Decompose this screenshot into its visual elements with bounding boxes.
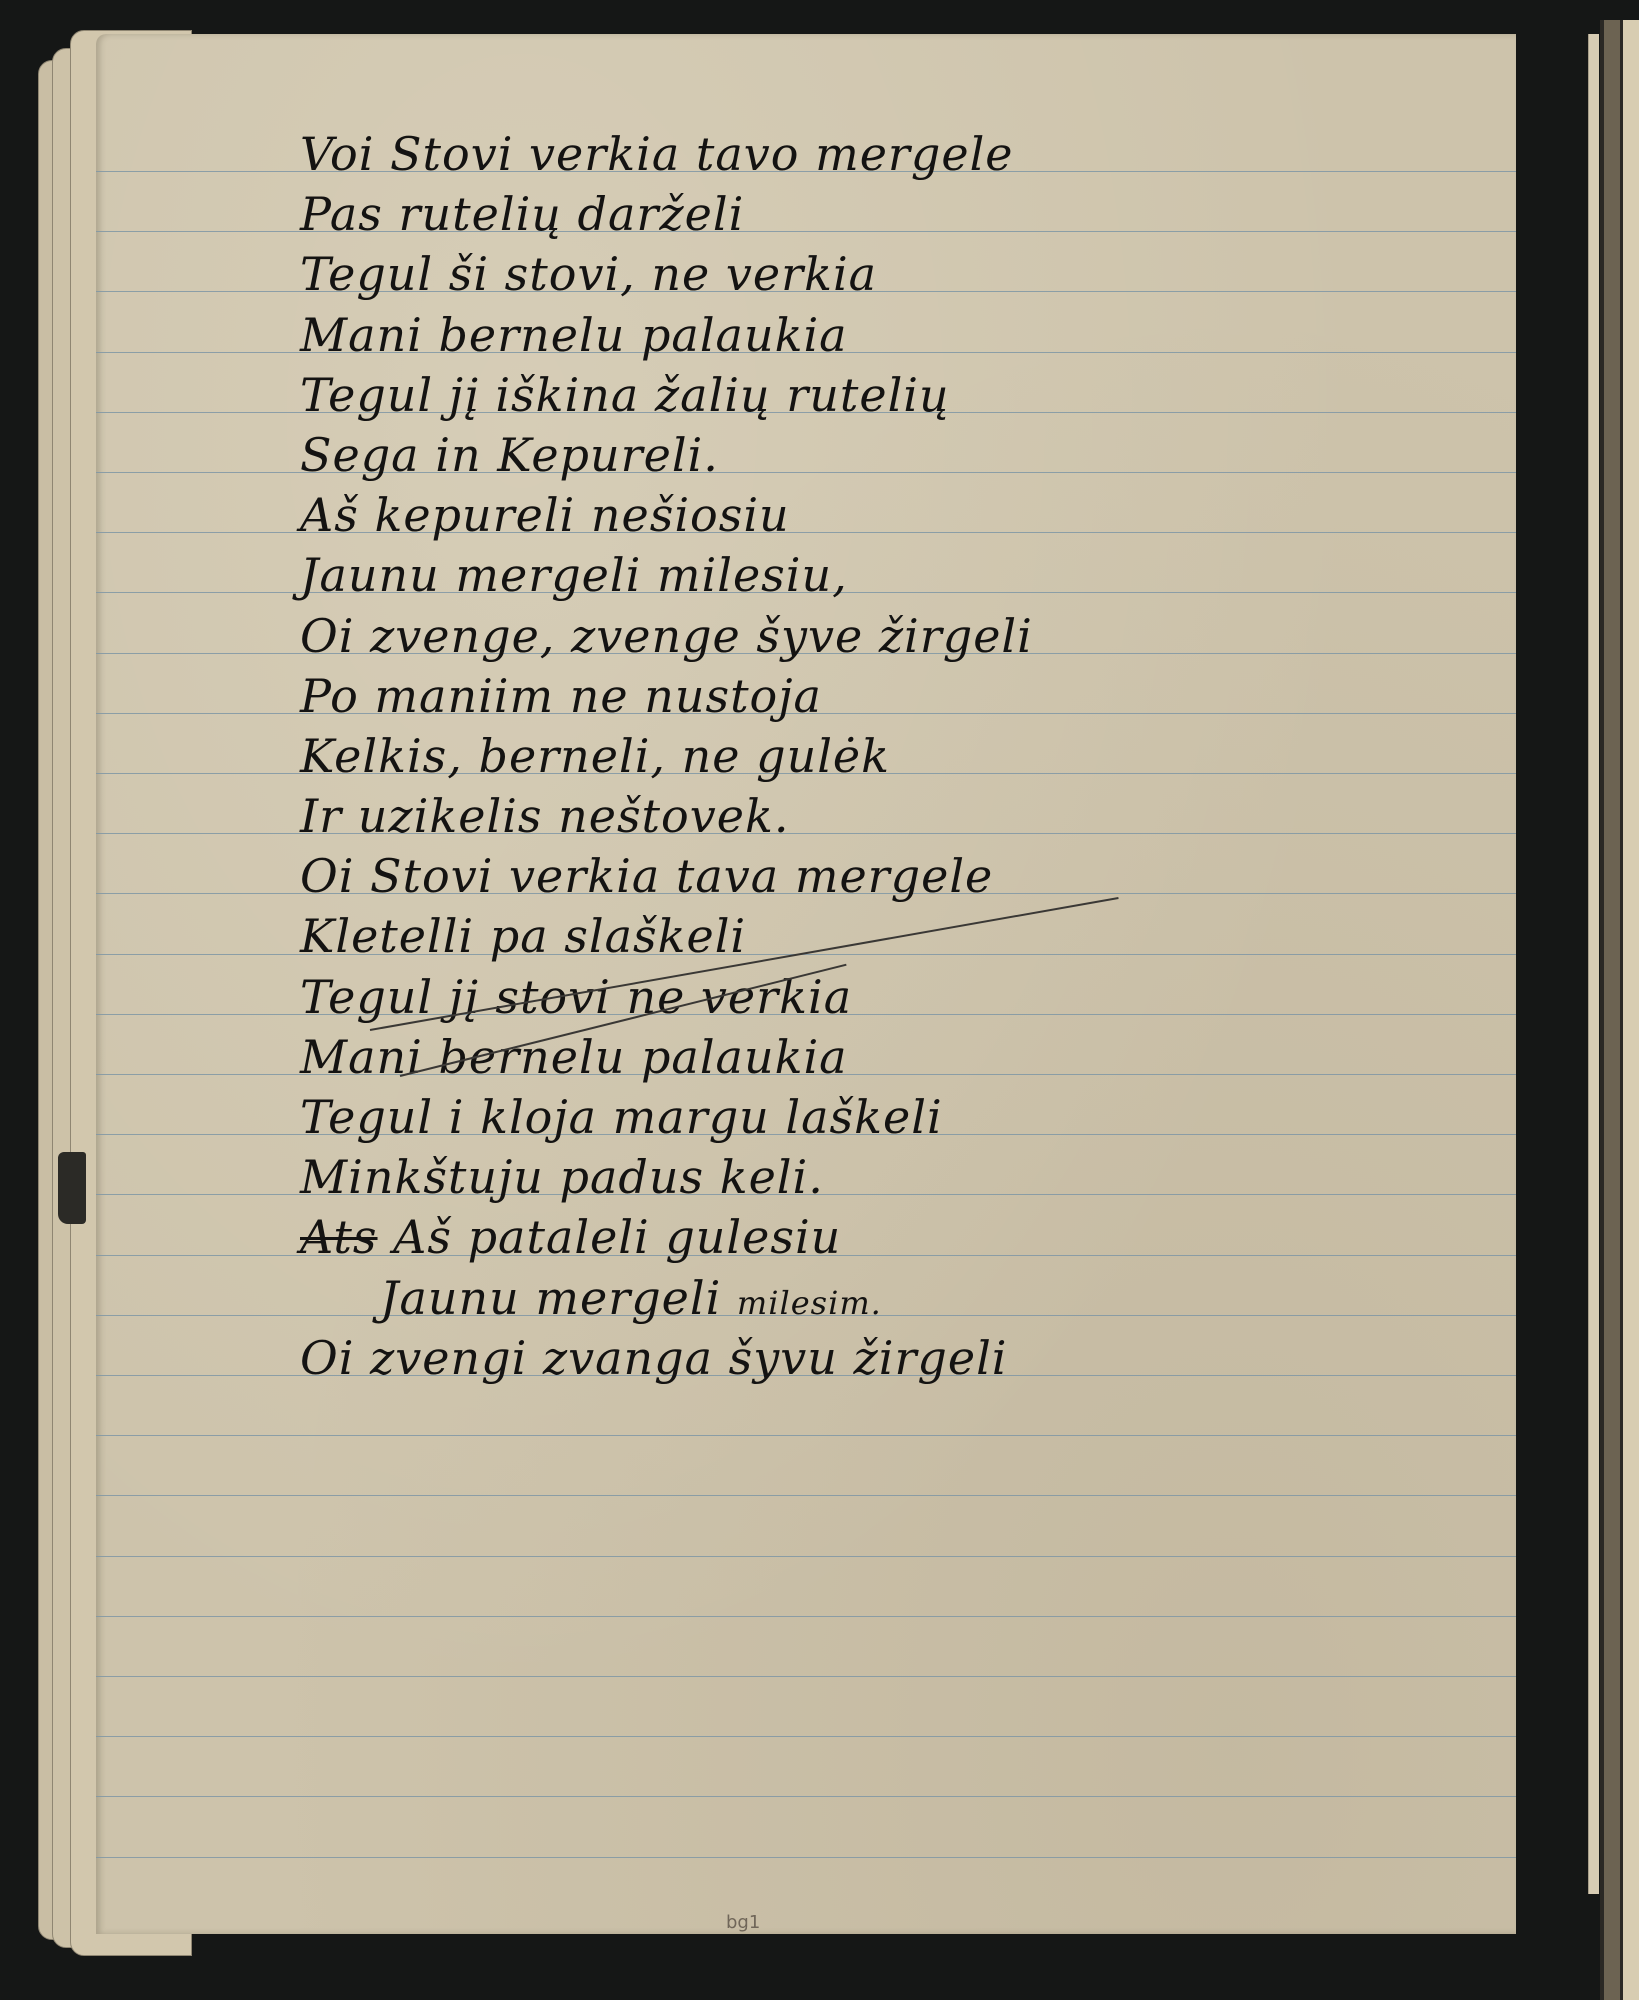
line-text: Voi Stovi verkia tavo mergele [300, 127, 1014, 181]
handwritten-poem: Voi Stovi verkia tavo mergele Pas ruteli… [300, 124, 1400, 1388]
poem-line: Oi zvengi zvanga šyvu žirgeli [300, 1328, 1400, 1388]
line-text: Jaunu mergeli milesiu, [300, 548, 848, 602]
line-text: Aš pataleli gulesiu [393, 1210, 841, 1264]
notebook-binding [1600, 20, 1639, 2000]
line-text: Kletelli pa slaškeli [300, 909, 746, 963]
binding-fold [1588, 34, 1599, 1894]
poem-line: Oi zvenge, zvenge šyve žirgeli [300, 606, 1400, 666]
ruled-line [96, 1676, 1516, 1677]
poem-line: Kletelli pa slaškeli [300, 906, 1400, 966]
poem-line-crossed-out: Tegul jį stovi ne verkia [300, 967, 1400, 1027]
ruled-line [96, 1556, 1516, 1557]
line-text: Po maniim ne nustoja [300, 669, 822, 723]
line-text: Minkštuju padus keli. [300, 1150, 824, 1204]
ruled-line [96, 1495, 1516, 1496]
line-text: Mani bernelu palaukia [300, 308, 848, 362]
line-suffix: milesim. [737, 1284, 882, 1322]
poem-line: Aš kepureli nešiosiu [300, 485, 1400, 545]
line-text: Oi zvengi zvanga šyvu žirgeli [300, 1331, 1008, 1385]
line-text: Ir uzikelis neštovek. [300, 789, 789, 843]
pencil-page-mark: bg1 [726, 1912, 760, 1933]
poem-line: Mani bernelu palaukia [300, 305, 1400, 365]
poem-line: Tegul i kloja margu laškeli [300, 1087, 1400, 1147]
poem-line: Voi Stovi verkia tavo mergele [300, 124, 1400, 184]
ruled-line [96, 1616, 1516, 1617]
line-text: Tegul jį stovi ne verkia [300, 970, 852, 1024]
line-text: Aš kepureli nešiosiu [300, 488, 790, 542]
poem-line: Ir uzikelis neštovek. [300, 786, 1400, 846]
poem-line: Po maniim ne nustoja [300, 666, 1400, 726]
poem-line: Tegul ši stovi, ne verkia [300, 244, 1400, 304]
poem-line: Tegul jį iškina žalių rutelių [300, 365, 1400, 425]
struck-word: Ats [300, 1210, 378, 1264]
line-text: Pas rutelių darželi [300, 187, 744, 241]
poem-line-crossed-out: Mani bernelu palaukia [300, 1027, 1400, 1087]
ink-blot [58, 1152, 86, 1224]
line-text: Mani bernelu palaukia [300, 1030, 848, 1084]
poem-line: Jaunu mergeli milesim. [300, 1268, 1400, 1328]
line-text: Kelkis, berneli, ne gulėk [300, 729, 890, 783]
poem-line: Sega in Kepureli. [300, 425, 1400, 485]
ruled-line [96, 1857, 1516, 1858]
line-text: Tegul ši stovi, ne verkia [300, 247, 877, 301]
poem-line: Minkštuju padus keli. [300, 1147, 1400, 1207]
ruled-line [96, 1736, 1516, 1737]
poem-line: Kelkis, berneli, ne gulėk [300, 726, 1400, 786]
line-text: Tegul jį iškina žalių rutelių [300, 368, 950, 422]
line-text: Oi Stovi verkia tava mergele [300, 849, 993, 903]
poem-line: Oi Stovi verkia tava mergele [300, 846, 1400, 906]
line-text: Oi zvenge, zvenge šyve žirgeli [300, 609, 1033, 663]
poem-line: Jaunu mergeli milesiu, [300, 545, 1400, 605]
ruled-line [96, 1796, 1516, 1797]
ruled-line [96, 1435, 1516, 1436]
poem-line: Pas rutelių darželi [300, 184, 1400, 244]
poem-line: Ats Aš pataleli gulesiu [300, 1207, 1400, 1267]
line-text: Tegul i kloja margu laškeli [300, 1090, 943, 1144]
line-text: Sega in Kepureli. [300, 428, 719, 482]
line-text: Jaunu mergeli [380, 1271, 721, 1325]
